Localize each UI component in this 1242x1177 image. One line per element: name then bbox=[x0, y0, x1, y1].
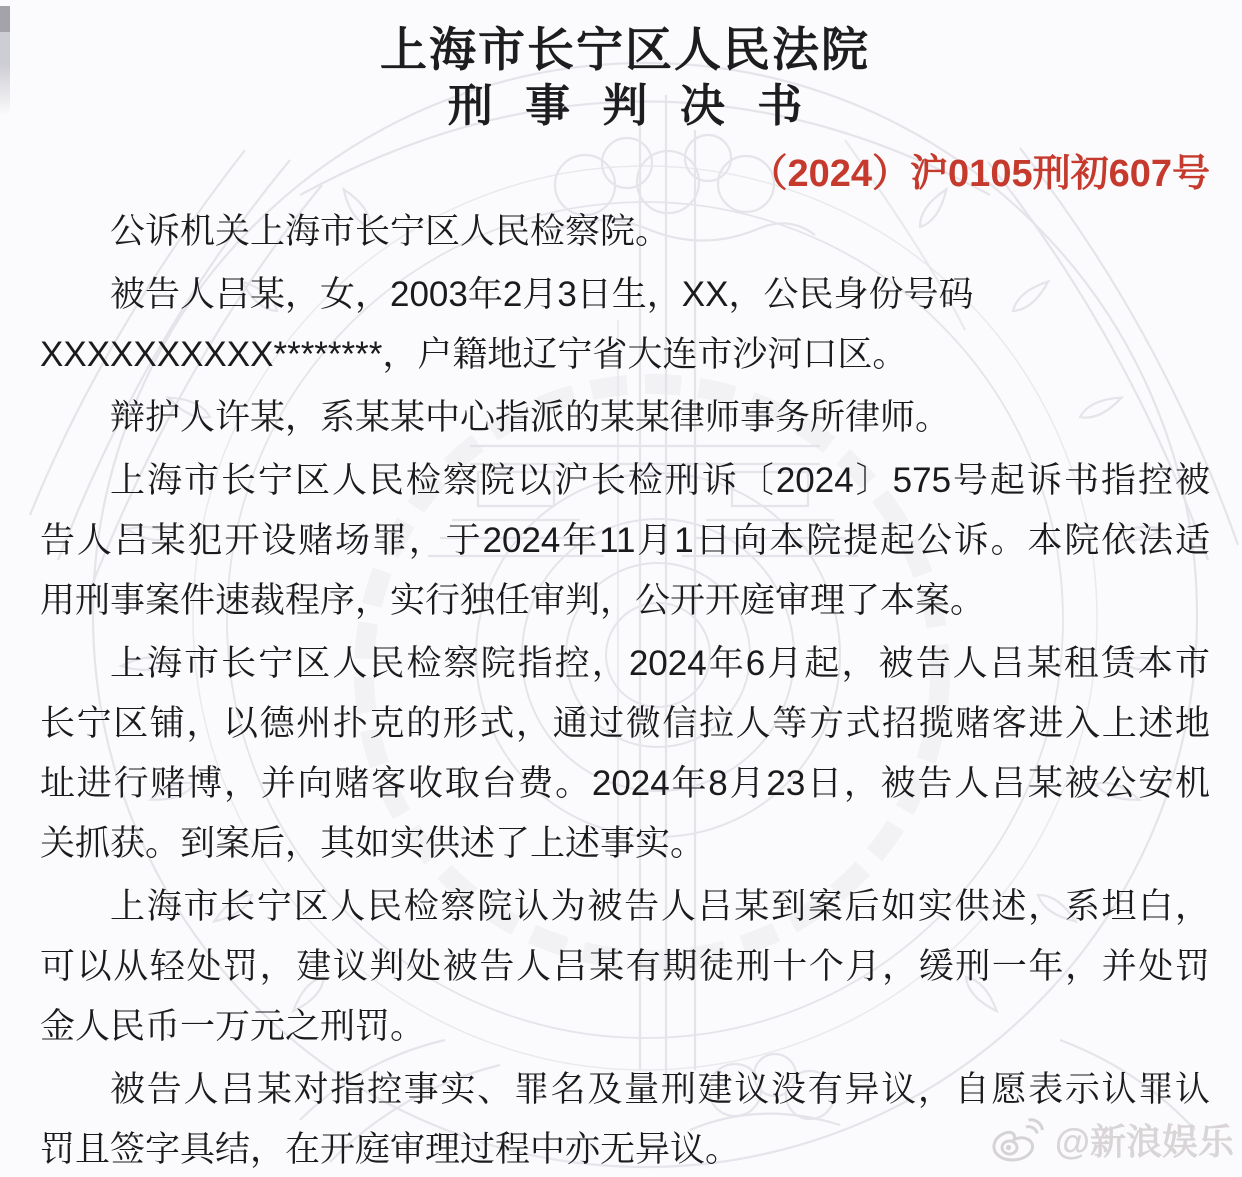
body-line: 长宁区铺，以德州扑克的形式，通过微信拉人等方式招揽赌客进入上述地 bbox=[40, 694, 1210, 754]
weibo-icon bbox=[987, 1117, 1045, 1163]
paragraph: 辩护人许某，系某某中心指派的某某律师事务所律师。 bbox=[40, 388, 1210, 448]
case-number: （2024）沪0105刑初607号 bbox=[40, 150, 1210, 198]
paragraph: 上海市长宁区人民检察院以沪长检刑诉〔2024〕575号起诉书指控被告人吕某犯开设… bbox=[40, 451, 1210, 631]
body-line: 公诉机关上海市长宁区人民检察院。 bbox=[40, 202, 1210, 262]
body-line: 辩护人许某，系某某中心指派的某某律师事务所律师。 bbox=[40, 388, 1210, 448]
body-line: 址进行赌博，并向赌客收取台费。2024年8月23日，被告人吕某被公安机 bbox=[40, 754, 1210, 814]
paragraph: 上海市长宁区人民检察院认为被告人吕某到案后如实供述，系坦白，可以从轻处罚，建议判… bbox=[40, 877, 1210, 1057]
body-line: 用刑事案件速裁程序，实行独任审判，公开开庭审理了本案。 bbox=[40, 571, 1210, 631]
source-watermark-label: @新浪娱乐 bbox=[1055, 1114, 1234, 1165]
body-line: 上海市长宁区人民检察院认为被告人吕某到案后如实供述，系坦白， bbox=[40, 877, 1210, 937]
paragraph: 上海市长宁区人民检察院指控，2024年6月起，被告人吕某租赁本市长宁区铺，以德州… bbox=[40, 634, 1210, 874]
body-line: 上海市长宁区人民检察院指控，2024年6月起，被告人吕某租赁本市 bbox=[40, 634, 1210, 694]
paragraph: 公诉机关上海市长宁区人民检察院。 bbox=[40, 202, 1210, 262]
body-line: 上海市长宁区人民检察院以沪长检刑诉〔2024〕575号起诉书指控被 bbox=[40, 451, 1210, 511]
document-content: 上海市长宁区人民法院 刑事判决书 （2024）沪0105刑初607号 公诉机关上… bbox=[40, 0, 1210, 1177]
body-line: 可以从轻处罚，建议判处被告人吕某有期徒刑十个月，缓刑一年，并处罚 bbox=[40, 937, 1210, 997]
body-line: 告人吕某犯开设赌场罪，于2024年11月1日向本院提起公诉。本院依法适 bbox=[40, 511, 1210, 571]
body-line: 被告人吕某，女，2003年2月3日生，XX，公民身份号码 bbox=[40, 265, 1210, 325]
source-watermark: @新浪娱乐 bbox=[987, 1114, 1234, 1165]
body-line: 被告人吕某对指控事实、罪名及量刑建议没有异议，自愿表示认罪认 bbox=[40, 1060, 1210, 1120]
judgment-body: 公诉机关上海市长宁区人民检察院。被告人吕某，女，2003年2月3日生，XX，公民… bbox=[40, 202, 1210, 1177]
body-line: 关抓获。到案后，其如实供述了上述事实。 bbox=[40, 814, 1210, 874]
paragraph: 被告人吕某，女，2003年2月3日生，XX，公民身份号码XXXXXXXXXX**… bbox=[40, 265, 1210, 385]
judgment-document-page: 上海市长宁区人民法院 刑事判决书 （2024）沪0105刑初607号 公诉机关上… bbox=[0, 0, 1242, 1177]
body-line: XXXXXXXXXX********，户籍地辽宁省大连市沙河口区。 bbox=[40, 325, 1210, 385]
body-line: 金人民币一万元之刑罚。 bbox=[40, 997, 1210, 1057]
document-type-title: 刑事判决书 bbox=[40, 78, 1210, 134]
scan-edge-artifact bbox=[0, 6, 10, 116]
court-name-title: 上海市长宁区人民法院 bbox=[40, 24, 1210, 76]
